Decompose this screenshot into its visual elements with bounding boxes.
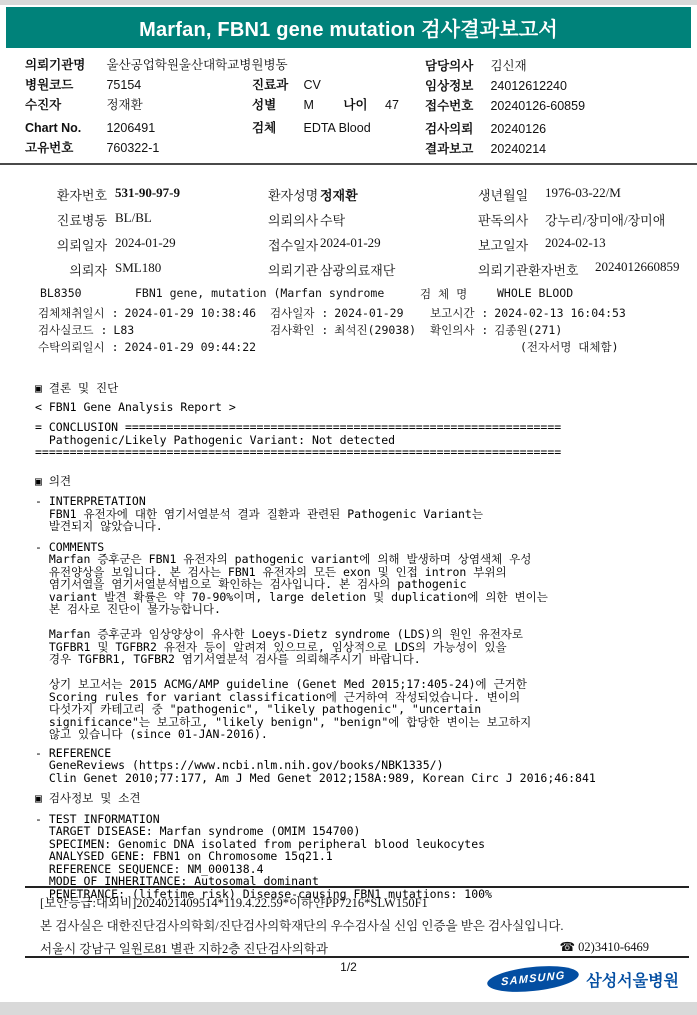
accreditation-note: 본 검사실은 대한진단검사의학회/진단검사의학재단의 우수검사실 신임 인증을 … xyxy=(40,916,564,934)
header-clinical-column: 진료과 CV 성별 M 나이 47 검체 EDTA Blood xyxy=(252,75,399,138)
field-label: 보고일자 xyxy=(478,235,528,254)
hospital-logo: SAMSUNG 삼성서울병원 xyxy=(487,967,679,991)
field-value: L83 xyxy=(113,323,134,337)
test-header-block: BL8350 FBN1 gene, mutation (Marfan syndr… xyxy=(38,280,693,360)
field-value: 1206491 xyxy=(106,121,155,135)
field-label: Chart No. xyxy=(25,118,103,138)
reference-block: - REFERENCE GeneReviews (https://www.ncb… xyxy=(35,747,672,785)
field-label: 검사의뢰 xyxy=(425,119,487,139)
report-page: Marfan, FBN1 gene mutation 검사결과보고서 의뢰기관명… xyxy=(0,0,697,1015)
lab-address: 서울시 강남구 일원로81 별관 지하2층 진단검사의학과 xyxy=(40,939,328,957)
table-row: 환자번호 531-90-97-9 환자성명 정재환 생년월일 1976-03-2… xyxy=(35,185,690,210)
field-label: 검 체 명 xyxy=(420,286,467,302)
header-row: 검체 EDTA Blood xyxy=(252,118,399,138)
field-label: 환자번호 xyxy=(35,185,107,204)
header-row: 결과보고 20240214 xyxy=(425,139,585,159)
field-label: 담당의사 xyxy=(425,56,487,76)
page-title: Marfan, FBN1 gene mutation 검사결과보고서 xyxy=(139,13,558,42)
header-order-column: 담당의사 김신재 임상정보 24012612240 접수번호 20240126-… xyxy=(425,56,585,159)
field-value: SML180 xyxy=(115,260,161,276)
section-title-conclusion: ▣ 결론 및 진단 xyxy=(35,382,672,395)
report-body: ▣ 결론 및 진단 < FBN1 Gene Analysis Report > … xyxy=(35,382,672,900)
header-row: 병원코드 75154 xyxy=(25,75,288,95)
hospital-name: 삼성서울병원 xyxy=(586,968,679,991)
field-value: 수탁 xyxy=(320,210,345,229)
field-value: 최석진(29038) xyxy=(334,323,416,337)
field-label: 의뢰기관명 xyxy=(25,55,103,75)
field-value: 2024012660859 xyxy=(595,260,687,273)
esignature-note: (전자서명 대체함) xyxy=(520,339,619,355)
report-title-banner: Marfan, FBN1 gene mutation 검사결과보고서 xyxy=(6,7,691,48)
field-value: 2024-01-29 xyxy=(320,235,381,251)
patient-name: 정재환 xyxy=(320,185,358,204)
verified-by: 검사확인 :최석진(29038) xyxy=(270,322,416,338)
field-label: 접수일자 xyxy=(268,235,318,254)
field-label: 환자성명 xyxy=(268,185,318,204)
field-value: BL/BL xyxy=(115,210,152,226)
header-row: 접수번호 20240126-60859 xyxy=(425,96,585,116)
analysis-report-title: < FBN1 Gene Analysis Report > xyxy=(35,401,672,414)
test-code: BL8350 xyxy=(40,286,82,300)
field-label: 수진자 xyxy=(25,95,103,115)
field-label: 검체채취일시 : xyxy=(38,306,119,320)
header-row: 성별 M 나이 47 xyxy=(252,95,399,115)
header-divider-line xyxy=(0,163,697,165)
field-label: 진료병동 xyxy=(35,210,107,229)
header-row: 고유번호 760322-1 xyxy=(25,138,288,158)
samsung-logo-text: SAMSUNG xyxy=(501,970,565,989)
patient-info-table: 환자번호 531-90-97-9 환자성명 정재환 생년월일 1976-03-2… xyxy=(35,185,690,294)
comments-block: - COMMENTS Marfan 증후군은 FBN1 유전자의 pathoge… xyxy=(35,541,672,741)
specimen-value: WHOLE BLOOD xyxy=(497,286,573,300)
field-label: 의뢰일자 xyxy=(35,235,107,254)
field-value: 760322-1 xyxy=(106,141,159,155)
field-label: 나이 xyxy=(343,98,367,112)
field-value: 2024-01-29 xyxy=(115,235,176,251)
patient-number: 531-90-97-9 xyxy=(115,185,180,201)
header-row: 임상정보 24012612240 xyxy=(425,76,585,96)
request-datetime: 수탁의뢰일시 :2024-01-29 09:44:22 xyxy=(38,339,256,355)
field-value: 강누리/장미애/장미애 xyxy=(545,210,665,229)
field-value: 울산공업학원울산대학교병원병동 xyxy=(106,58,287,72)
conclusion-block: = CONCLUSION ===========================… xyxy=(35,421,672,459)
field-label: 검사확인 : xyxy=(270,323,328,337)
report-time: 보고시간 :2024-02-13 16:04:53 xyxy=(430,305,626,321)
header-institution-column: 의뢰기관명 울산공업학원울산대학교병원병동 병원코드 75154 수진자 정재환… xyxy=(25,55,288,158)
field-value: 24012612240 xyxy=(490,79,566,93)
header-row: 진료과 CV xyxy=(252,75,399,95)
footer-divider-line xyxy=(25,886,689,888)
field-label: 성별 xyxy=(252,95,300,115)
page-bottom-edge xyxy=(0,1002,697,1015)
table-row: 의뢰일자 2024-01-29 접수일자 2024-01-29 보고일자 202… xyxy=(35,235,690,260)
section-title-opinion: ▣ 의견 xyxy=(35,475,672,488)
field-label: 생년월일 xyxy=(478,185,528,204)
field-value: 김신재 xyxy=(490,59,526,73)
field-label: 의뢰기관환자번호 xyxy=(478,260,578,279)
field-value: EDTA Blood xyxy=(303,121,370,135)
test-name: FBN1 gene, mutation (Marfan syndrome xyxy=(135,286,384,300)
field-value: 김종원(271) xyxy=(494,323,562,337)
field-value: M xyxy=(303,98,313,112)
birth-date: 1976-03-22/M xyxy=(545,185,621,201)
field-label: 검사실코드 : xyxy=(38,323,107,337)
field-value: 정재환 xyxy=(106,98,142,112)
field-value: 2024-01-29 09:44:22 xyxy=(125,340,257,354)
field-label: 검사일자 : xyxy=(270,306,328,320)
field-value: 20240126 xyxy=(490,122,546,136)
field-value: 2024-02-13 xyxy=(545,235,606,251)
header-row: 담당의사 김신재 xyxy=(425,56,585,76)
table-row: 진료병동 BL/BL 의뢰의사 수탁 판독의사 강누리/장미애/장미애 xyxy=(35,210,690,235)
section-title-test-info: ▣ 검사정보 및 소견 xyxy=(35,792,672,805)
field-label: 의뢰의사 xyxy=(268,210,318,229)
collected-datetime: 검체채취일시 :2024-01-29 10:38:46 xyxy=(38,305,256,321)
samsung-logo-icon: SAMSUNG xyxy=(486,962,580,995)
field-value: 2024-01-29 10:38:46 xyxy=(125,306,257,320)
test-date: 검사일자 :2024-01-29 xyxy=(270,305,404,321)
header-row: 수진자 정재환 xyxy=(25,95,288,115)
header-row: 의뢰기관명 울산공업학원울산대학교병원병동 xyxy=(25,55,288,75)
field-label: 확인의사 : xyxy=(430,323,488,337)
field-value: 삼광의료재단 xyxy=(320,260,395,279)
field-label: 판독의사 xyxy=(478,210,528,229)
field-value: 20240126-60859 xyxy=(490,99,585,113)
field-label: 의뢰기관 xyxy=(268,260,318,279)
field-label: 의뢰자 xyxy=(35,260,107,279)
header-row: 검사의뢰 20240126 xyxy=(425,119,585,139)
field-value: 47 xyxy=(385,98,399,112)
confirm-doctor: 확인의사 :김종원(271) xyxy=(430,322,562,338)
page-number-divider-line xyxy=(25,956,689,958)
field-value: 2024-02-13 16:04:53 xyxy=(494,306,626,320)
field-label: 고유번호 xyxy=(25,138,103,158)
field-value: 75154 xyxy=(106,78,141,92)
interpretation-block: - INTERPRETATION FBN1 유전자에 대한 염기서열분석 결과 … xyxy=(35,495,672,533)
field-value: CV xyxy=(303,78,320,92)
lab-phone: ☎ 02)3410-6469 xyxy=(559,939,649,955)
field-label: 결과보고 xyxy=(425,139,487,159)
field-label: 임상정보 xyxy=(425,76,487,96)
field-label: 병원코드 xyxy=(25,75,103,95)
field-value: 2024-01-29 xyxy=(334,306,403,320)
field-label: 수탁의뢰일시 : xyxy=(38,340,119,354)
field-label: 검체 xyxy=(252,118,300,138)
field-label: 진료과 xyxy=(252,75,300,95)
lab-code: 검사실코드 :L83 xyxy=(38,322,134,338)
header-row: Chart No. 1206491 xyxy=(25,118,288,138)
security-classification-line: [보안등급:대외비]2024021409514*119.4.22.59*이하얀P… xyxy=(40,893,428,911)
field-label: 접수번호 xyxy=(425,96,487,116)
field-label: 보고시간 : xyxy=(430,306,488,320)
page-top-edge xyxy=(0,0,697,5)
field-value: 20240214 xyxy=(490,142,546,156)
